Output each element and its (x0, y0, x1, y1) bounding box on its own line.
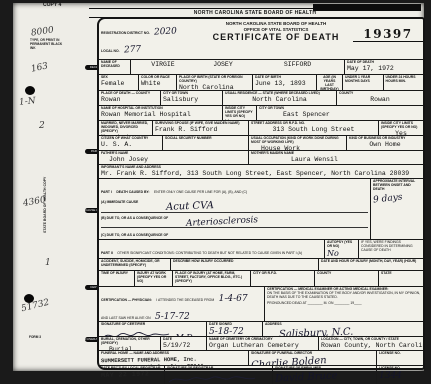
immediate-cause-value: Acut CVA (166, 200, 214, 213)
field-informant: INFORMANT'S NAME AND ADDRESS Mr. Frank R… (99, 165, 423, 178)
field-value: Female (101, 80, 136, 87)
embalmer-license-value: 1344 (379, 371, 421, 381)
field-under-24-hours: UNDER 24 HOURS HOURS MIN. (384, 75, 424, 90)
field-value: U. S. A. (101, 141, 160, 148)
field-mother-maiden-name: MOTHER'S MAIDEN NAME Laura Wensil (249, 151, 423, 164)
field-funeral-director-signature: SIGNATURE OF FUNERAL DIRECTOR Charlie Bo… (249, 351, 377, 365)
last-saw-value: 5-17-72 (155, 312, 190, 321)
interval-value: 9 days (373, 190, 422, 205)
field-label: (a) IMMEDIATE CAUSE (101, 201, 138, 212)
field-surviving-spouse: SURVIVING SPOUSE (IF WIFE, GIVE MAIDEN N… (153, 121, 249, 135)
field-residence-county: COUNTY Rowan (337, 91, 423, 105)
certificate-scan: NORTH CAROLINA STATE BOARD OF HEALTH COP… (13, 3, 424, 371)
degree-value: M.D. (175, 333, 194, 336)
field-findings-considered: IF YES, WERE FINDINGS CONSIDERED IN DETE… (359, 240, 423, 258)
field-hospital-city-limits: INSIDE CITY LIMITS (SPECIFY YES OR NO) Y… (223, 106, 257, 120)
field-marital-status: MARRIED, NEVER MARRIED, WIDOWED, DIVORCE… (99, 121, 153, 135)
field-label: IF YES, WERE FINDINGS CONSIDERED IN DETE… (361, 241, 421, 253)
field-registrar-signature: SIGNATURE OF REGISTRAR (165, 366, 273, 384)
field-value: Burial (101, 346, 158, 350)
hole-punch (25, 86, 35, 95)
field-place-of-injury: PLACE OF INJURY (AT HOME, FARM, STREET, … (173, 271, 251, 286)
field-residence-city: CITY OR TOWN East Spencer (257, 106, 423, 120)
registrar-signature-scribble (167, 374, 257, 384)
field-value: Yes (381, 130, 421, 135)
field-other-conditions: PART II OTHER SIGNIFICANT CONDITIONS: CO… (99, 240, 325, 258)
field-label: ACCIDENT, SUICIDE, HOMICIDE, OR UNDETERM… (101, 260, 168, 268)
field-value: Rowan (101, 96, 158, 103)
hole-punch (24, 294, 34, 303)
redaction-bar (313, 4, 421, 11)
part2-label: PART II (101, 251, 113, 255)
pronounced-dead-line: PRONOUNCED DEAD AT ________ M. ON ______… (267, 302, 421, 306)
attended-from-value: 1-4-67 (219, 294, 248, 304)
margin-mark: 2 (39, 121, 45, 131)
field-value: Own Home (349, 141, 421, 148)
field-label: INJURY AT WORK (SPECIFY YES OR NO) (137, 272, 170, 284)
field-label: CITY OR R.F.D. (253, 272, 312, 276)
physician-certification: CERTIFICATION — PHYSICIAN: I ATTENDED TH… (99, 287, 265, 321)
field-time-of-injury: TIME OF INJURY (99, 271, 135, 286)
field-funeral-director-license: LICENSE NO. (377, 351, 423, 365)
field-burial-date: DATE 5/19/72 (161, 337, 207, 350)
field-label: CERTIFICATION — PHYSICIAN: (101, 298, 152, 302)
field-certifier-signature: SIGNATURE OF CERTIFIER M.D. (99, 322, 207, 336)
field-sublabel: HOURS MIN. (386, 80, 422, 84)
field-label: DESCRIBE HOW INJURY OCCURRED (173, 260, 316, 264)
field-father-name: FATHER'S NAME John Josey (99, 151, 249, 164)
autopsy-value: No (327, 249, 356, 258)
field-industry: KIND OF BUSINESS OR INDUSTRY Own Home (347, 136, 423, 150)
field-burial-type: BURIAL, CREMATION, OTHER (SPECIFY) Buria… (99, 337, 161, 350)
field-value: House Work (251, 145, 344, 150)
field-value: North Carolina (179, 84, 250, 90)
field-label: MARRIED, NEVER MARRIED, WIDOWED, DIVORCE… (101, 122, 150, 134)
field-death-city: CITY OR TOWN Salisbury (161, 91, 223, 105)
part1-label: PART I (101, 190, 112, 194)
last-saw-label: AND LAST SAW HER ALIVE ON (101, 316, 151, 320)
margin-mark: 1 (45, 258, 51, 268)
field-injury-state: STATE (379, 271, 423, 286)
field-value: May 17, 1972 (347, 65, 421, 72)
field-embalmer-signature: SIGNATURE OF EMBALMER David Bruce (273, 366, 377, 384)
me-basis-text: ON THE BASIS OF THE EXAMINATION OF THE B… (267, 292, 421, 300)
field-label: INSIDE CITY LIMITS (SPECIFY YES OR NO) (225, 107, 254, 119)
field-label: SOCIAL SECURITY NUMBER (165, 137, 246, 141)
field-occupation: USUAL OCCUPATION (KIND OF WORK DONE DURI… (249, 136, 347, 150)
field-value: Rowan Memorial Hospital (101, 111, 220, 118)
field-sublabel: MONTHS DAYS (345, 80, 381, 84)
field-embalmer-license: LICENSE NO. 1344 (377, 366, 423, 384)
district-number: 2020 (154, 26, 177, 37)
certificate-number-area: 19397 (353, 19, 423, 59)
date-received-stamp: MAY 22 1972 (101, 370, 162, 379)
other-conditions-value: Arteriosclerotic Heart Disease (101, 255, 322, 258)
death-caused-by-label: DEATH CAUSED BY: (116, 190, 149, 194)
field-value: 313 South Long Street (251, 126, 376, 133)
field-value: Rowan County, North Carolina (321, 342, 421, 349)
field-value: June 13, 1893 (255, 80, 314, 87)
field-name-of-deceased: NAME OF DECEASED (99, 60, 131, 74)
field-label: AUTOPSY (YES OR NO) (327, 241, 356, 249)
field-birthplace: PLACE OF BIRTH (STATE OR FOREIGN COUNTRY… (177, 75, 253, 90)
field-label: COUNTY (317, 272, 376, 276)
field-label: NAME OF DECEASED (101, 61, 128, 69)
field-label: STATE (381, 272, 421, 276)
field-injury-county: COUNTY (315, 271, 379, 286)
field-value: Laura Wensil (251, 156, 421, 163)
local-number: 277 (124, 45, 142, 56)
field-label: USUAL OCCUPATION (KIND OF WORK DONE DURI… (251, 137, 344, 145)
copy-label: COPY 4 (43, 2, 61, 8)
field-citizenship: CITIZEN OF WHAT COUNTRY U. S. A. (99, 136, 163, 150)
field-label: SIGNATURE OF CERTIFIER (101, 323, 204, 327)
field-label: BURIAL, CREMATION, OTHER (SPECIFY) (101, 338, 158, 346)
field-label: PLACE OF BIRTH (STATE OR FOREIGN COUNTRY… (179, 76, 250, 84)
field-residence-city-limits: INSIDE CITY LIMITS (SPECIFY YES OR NO) Y… (379, 121, 423, 135)
registration-numbers: REGISTRATION DISTRICT NO. 2020 LOCAL NO.… (99, 19, 199, 59)
field-label: TIME OF INJURY (101, 272, 132, 276)
field-date-of-death: DATE OF DEATH May 17, 1972 (345, 60, 423, 74)
field-date-hour-of-injury: DATE AND HOUR OF INJURY (MONTH, DAY, YEA… (319, 259, 423, 270)
cause-line-a: (a) IMMEDIATE CAUSE Acut CVA (101, 201, 368, 213)
cause-line-c: (c) DUE TO, OR AS A CONSEQUENCE OF (101, 234, 368, 238)
margin-mark: 8000 (30, 25, 54, 38)
field-label: (c) DUE TO, OR AS A CONSEQUENCE OF (101, 234, 168, 238)
due-to-b-value: Arteriosclerosis (186, 215, 258, 229)
field-autopsy: AUTOPSY (YES OR NO) No (325, 240, 359, 258)
field-label: SIGNATURE OF REGISTRAR (167, 367, 270, 371)
field-middle-name: JOSEY (195, 60, 251, 74)
form-number-note: FORM 3 (29, 335, 41, 339)
field-label: LICENSE NO. (379, 352, 421, 356)
field-manner-of-death: ACCIDENT, SUICIDE, HOMICIDE, OR UNDETERM… (99, 259, 171, 270)
field-value: Mr. Frank R. Sifford, 313 South Long Str… (101, 170, 421, 177)
field-label: AGE (IN YEARS LAST BIRTHDAY) (319, 76, 340, 90)
field-label: PLACE OF INJURY (AT HOME, FARM, STREET, … (175, 272, 248, 284)
field-value: Married (101, 134, 150, 135)
field-sex: SEX Female (99, 75, 139, 90)
header-titles: NORTH CAROLINA STATE BOARD OF HEALTH OFF… (199, 19, 353, 59)
field-street-address: STREET ADDRESS OR R.F.D. NO. 313 South L… (249, 121, 379, 135)
field-date-received: DATE REC'D BY LOCAL REGISTRAR MAY 22 197… (99, 366, 165, 384)
field-age: AGE (IN YEARS LAST BIRTHDAY) 78 (317, 75, 343, 90)
field-label: APPROXIMATE INTERVAL BETWEEN ONSET AND D… (373, 180, 421, 192)
field-value: JOSEY (197, 61, 249, 68)
cause-line-b: (b) DUE TO, OR AS A CONSEQUENCE OF Arter… (101, 217, 368, 228)
field-label: INSIDE CITY LIMITS (SPECIFY YES OR NO) (381, 122, 421, 130)
field-value: John Josey (101, 156, 246, 163)
field-value: 5/19/72 (163, 342, 204, 349)
field-value: VIRGIE (133, 61, 193, 68)
field-value: Rowan (339, 96, 421, 103)
field-injury-at-work: INJURY AT WORK (SPECIFY YES OR NO) (135, 271, 173, 286)
field-value: Frank R. Sifford (155, 126, 246, 133)
margin-mark: 1-N (19, 96, 37, 108)
field-label: OTHER SIGNIFICANT CONDITIONS: CONTRIBUTI… (117, 251, 302, 255)
field-how-injury-occurred: DESCRIBE HOW INJURY OCCURRED (171, 259, 319, 270)
field-value: Yes (225, 119, 254, 120)
field-date-signed: DATE SIGNED 5-18-72 (207, 322, 263, 336)
field-value: White (141, 80, 174, 87)
field-race: COLOR OR RACE White (139, 75, 177, 90)
form-header: REGISTRATION DISTRICT NO. 2020 LOCAL NO.… (99, 19, 423, 60)
field-onset-interval: APPROXIMATE INTERVAL BETWEEN ONSET AND D… (371, 179, 423, 239)
field-value: East Spencer (259, 111, 421, 118)
field-residence-state: USUAL RESIDENCE — STATE (WHERE DECEASED … (223, 91, 337, 105)
field-last-name: SIFFORD (251, 60, 345, 74)
field-value: Salisbury (163, 96, 220, 103)
field-label: DATE AND HOUR OF INJURY (MONTH, DAY, YEA… (321, 260, 421, 264)
field-value: SIFFORD (253, 61, 342, 68)
date-signed-value: 5-18-72 (209, 327, 260, 336)
field-value: Organ Lutheran Cemetery (209, 342, 316, 349)
ink-note: TYPE, OR PRINT IN PERMANENT BLACK INK (30, 39, 64, 51)
field-under-1-year: UNDER 1 YEAR MONTHS DAYS (343, 75, 384, 90)
margin-mark: 163 (30, 61, 49, 74)
field-certifier-address: ADDRESS Salisbury, N.C. (263, 322, 423, 336)
medical-examiner-certification: CERTIFICATION — MEDICAL EXAMINER OR ACTI… (265, 287, 423, 321)
field-first-name: VIRGIE (131, 60, 195, 74)
field-cemetery-location: LOCATION — CITY, TOWN, OR COUNTY / STATE… (319, 337, 423, 350)
one-cause-note: ENTER ONLY ONE CAUSE PER LINE FOR (a), (… (154, 190, 247, 194)
field-value: North Carolina (225, 96, 334, 103)
certificate-title: CERTIFICATE OF DEATH (199, 32, 353, 42)
certificate-number: 19397 (353, 27, 423, 42)
attended-label: I ATTENDED THE DECEASED FROM (156, 298, 214, 302)
field-cemetery: NAME OF CEMETERY OR CREMATORY Organ Luth… (207, 337, 319, 350)
field-hospital: NAME OF HOSPITAL OR INSTITUTION Rowan Me… (99, 106, 223, 120)
certifier-signature-scribble (101, 331, 171, 336)
field-funeral-home: FUNERAL HOME — NAME AND ADDRESS SUMMERSE… (99, 351, 249, 365)
certificate-form: REGISTRATION DISTRICT NO. 2020 LOCAL NO.… (97, 17, 425, 370)
field-death-county: PLACE OF DEATH — COUNTY Rowan (99, 91, 161, 105)
field-date-of-birth: DATE OF BIRTH June 13, 1893 (253, 75, 317, 90)
local-label: LOCAL NO. (101, 49, 120, 53)
field-label: (b) DUE TO, OR AS A CONSEQUENCE OF (101, 217, 168, 227)
field-injury-city: CITY OR R.F.D. (251, 271, 315, 286)
district-label: REGISTRATION DISTRICT NO. (101, 31, 150, 35)
field-social-security-number: SOCIAL SECURITY NUMBER (163, 136, 249, 150)
